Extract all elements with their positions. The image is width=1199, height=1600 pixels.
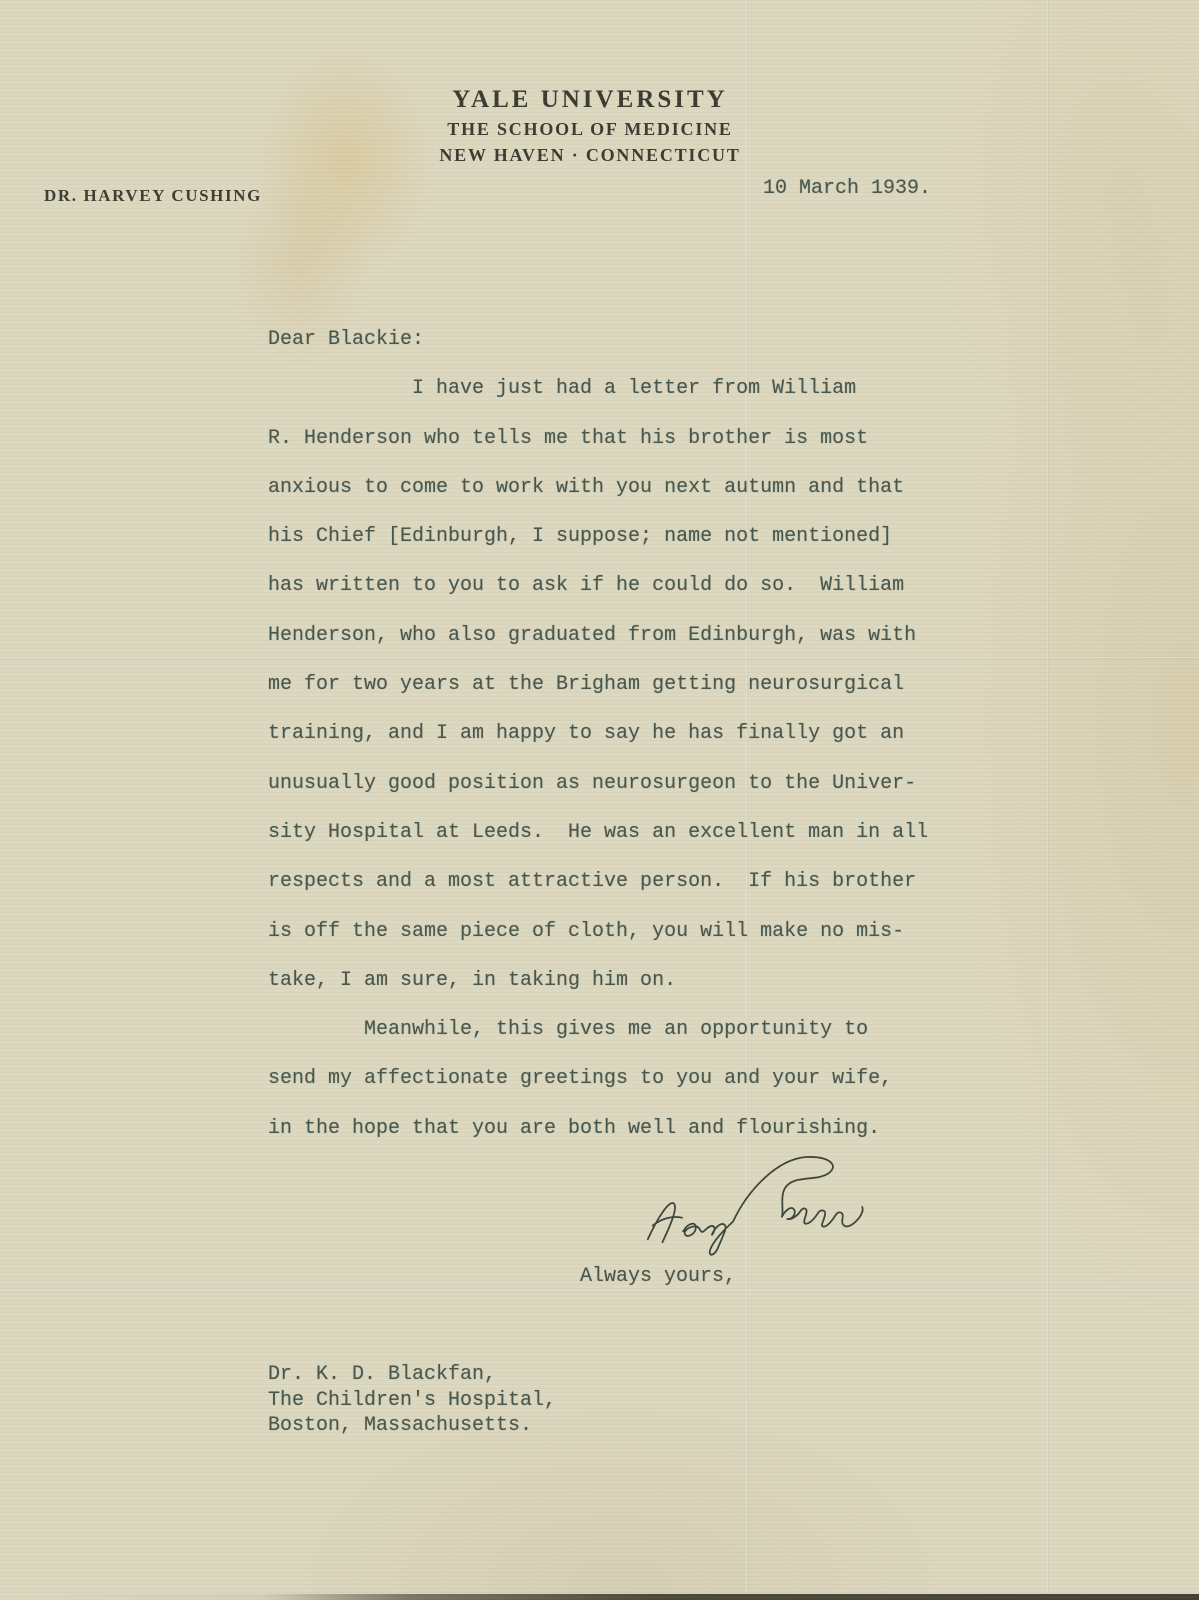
body-line: is off the same piece of cloth, you will… xyxy=(268,907,968,956)
body-line: has written to you to ask if he could do… xyxy=(268,561,968,610)
address-line: The Children's Hospital, xyxy=(268,1388,556,1414)
body-line: Dear Blackie: xyxy=(268,315,968,364)
address-line: Boston, Massachusetts. xyxy=(268,1413,556,1439)
body-line: training, and I am happy to say he has f… xyxy=(268,709,968,758)
body-line: R. Henderson who tells me that his broth… xyxy=(268,414,968,463)
recipient-address: Dr. K. D. Blackfan,The Children's Hospit… xyxy=(268,1362,556,1439)
letter-page: YALE UNIVERSITY THE SCHOOL OF MEDICINE N… xyxy=(0,0,1199,1600)
body-line: sity Hospital at Leeds. He was an excell… xyxy=(268,808,968,857)
body-line: respects and a most attractive person. I… xyxy=(268,857,968,906)
letterhead-location: NEW HAVEN · CONNECTICUT xyxy=(439,142,740,168)
body-line: unusually good position as neurosurgeon … xyxy=(268,759,968,808)
vertical-fold-crease xyxy=(1047,0,1049,1600)
date-line: 10 March 1939. xyxy=(763,177,931,200)
body-line: in the hope that you are both well and f… xyxy=(268,1104,968,1153)
address-line: Dr. K. D. Blackfan, xyxy=(268,1362,556,1388)
body-line: Henderson, who also graduated from Edinb… xyxy=(268,611,968,660)
letter-body: Dear Blackie: I have just had a letter f… xyxy=(268,315,968,1153)
body-line: I have just had a letter from William xyxy=(268,364,968,413)
body-line: take, I am sure, in taking him on. xyxy=(268,956,968,1005)
body-line: send my affectionate greetings to you an… xyxy=(268,1054,968,1103)
letterhead-institution: YALE UNIVERSITY xyxy=(439,84,740,116)
body-line: anxious to come to work with you next au… xyxy=(268,463,968,512)
scan-edge-shadow xyxy=(0,1594,1199,1600)
signature xyxy=(638,1150,873,1260)
body-line: Meanwhile, this gives me an opportunity … xyxy=(268,1005,968,1054)
letterhead: YALE UNIVERSITY THE SCHOOL OF MEDICINE N… xyxy=(439,84,740,168)
body-line: his Chief [Edinburgh, I suppose; name no… xyxy=(268,512,968,561)
sender-name: DR. HARVEY CUSHING xyxy=(44,186,262,206)
body-line: me for two years at the Brigham getting … xyxy=(268,660,968,709)
letterhead-school: THE SCHOOL OF MEDICINE xyxy=(439,116,740,142)
